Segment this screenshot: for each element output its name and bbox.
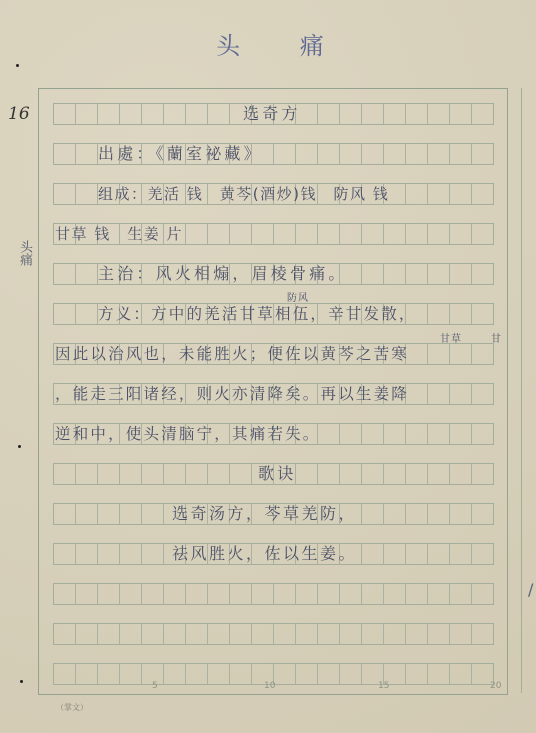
grid-cell [54, 264, 76, 284]
grid-cell [186, 624, 208, 644]
grid-cell [208, 624, 230, 644]
composition-line-2: 甘草 钱 生姜 片 [55, 223, 183, 245]
grid-cell [142, 464, 164, 484]
grid-cell [406, 344, 428, 364]
page-number: 16 [8, 104, 30, 124]
grid-cell [472, 424, 493, 444]
grid-cell [384, 624, 406, 644]
grid-cell [120, 104, 142, 124]
grid-row [53, 623, 494, 645]
grid-cell [274, 664, 296, 684]
verse-line-2: 祛风胜火，佐以生姜。 [172, 543, 357, 565]
verse-line-1: 选奇汤方，芩草羌防， [172, 503, 357, 525]
grid-cell [450, 584, 472, 604]
source-line: 出處：《蘭室祕藏》 [98, 143, 263, 165]
grid-cell [384, 584, 406, 604]
grid-cell [450, 504, 472, 524]
grid-cell [472, 344, 493, 364]
grid-cell [472, 224, 493, 244]
grid-cell [208, 104, 230, 124]
grid-cell [208, 464, 230, 484]
grid-cell [362, 544, 384, 564]
grid-cell [186, 224, 208, 244]
grid-cell [54, 184, 76, 204]
grid-cell [428, 224, 450, 244]
grid-cell [472, 464, 493, 484]
grid-cell [406, 144, 428, 164]
grid-cell [450, 664, 472, 684]
grid-cell [274, 144, 296, 164]
grid-cell [362, 464, 384, 484]
grid-cell [120, 664, 142, 684]
grid-cell [472, 624, 493, 644]
grid-cell [98, 104, 120, 124]
grid-cell [340, 584, 362, 604]
grid-cell [450, 224, 472, 244]
grid-cell [54, 464, 76, 484]
grid-cell [120, 624, 142, 644]
grid-cell [318, 424, 340, 444]
grid-cell [54, 144, 76, 164]
grid-cell [76, 304, 98, 324]
grid-cell [54, 504, 76, 524]
grid-cell [450, 544, 472, 564]
ink-dot [16, 64, 19, 67]
grid-cell [76, 464, 98, 484]
grid-cell [428, 104, 450, 124]
explanation-line-2: 因此以治风也，未能胜火；便佐以黄芩之苦寒 [55, 343, 409, 365]
grid-cell [274, 224, 296, 244]
grid-cell [406, 264, 428, 284]
grid-cell [120, 544, 142, 564]
composition-line-1: 组成：羌活 钱 黄芩(酒炒)钱 防风 钱 [98, 183, 389, 205]
grid-cell [120, 584, 142, 604]
correction-note: 甘草 [440, 330, 462, 345]
grid-cell [406, 224, 428, 244]
grid-cell [362, 584, 384, 604]
grid-cell [428, 544, 450, 564]
grid-cell [252, 224, 274, 244]
grid-cell [230, 664, 252, 684]
ink-dot [20, 680, 23, 683]
grid-cell [406, 384, 428, 404]
right-margin-mark: / [528, 580, 533, 599]
grid-cell [208, 224, 230, 244]
verse-heading: 歌诀 [258, 463, 296, 485]
grid-cell [208, 664, 230, 684]
grid-cell [318, 664, 340, 684]
grid-cell [120, 504, 142, 524]
grid-cell [472, 104, 493, 124]
grid-cell [340, 624, 362, 644]
grid-cell [406, 544, 428, 564]
grid-cell [274, 584, 296, 604]
grid-cell [362, 224, 384, 244]
grid-cell [384, 144, 406, 164]
grid-cell [428, 304, 450, 324]
grid-cell [384, 224, 406, 244]
grid-cell [142, 584, 164, 604]
grid-cell [230, 464, 252, 484]
grid-cell [428, 264, 450, 284]
grid-cell [296, 144, 318, 164]
ink-dot [18, 445, 21, 448]
ruler-mark: 15 [378, 681, 389, 691]
grid-cell [340, 664, 362, 684]
grid-cell [54, 544, 76, 564]
grid-cell [142, 624, 164, 644]
grid-cell [450, 304, 472, 324]
grid-cell [428, 184, 450, 204]
grid-cell [164, 464, 186, 484]
heading: 选奇方 [243, 103, 301, 125]
grid-cell [318, 624, 340, 644]
grid-cell [384, 424, 406, 444]
grid-cell [362, 424, 384, 444]
grid-cell [54, 584, 76, 604]
grid-cell [54, 624, 76, 644]
grid-cell [164, 664, 186, 684]
grid-cell [164, 584, 186, 604]
grid-cell [142, 504, 164, 524]
grid-cell [362, 104, 384, 124]
grid-cell [252, 584, 274, 604]
grid-cell [472, 184, 493, 204]
grid-cell [428, 584, 450, 604]
explanation-line-3: ，能走三阳诸经，则火亦清降矣。再以生姜降 [55, 383, 409, 405]
grid-cell [428, 504, 450, 524]
grid-cell [472, 304, 493, 324]
grid-cell [76, 104, 98, 124]
grid-cell [318, 104, 340, 124]
grid-cell [274, 624, 296, 644]
indication-line: 主治：风火相煽，眉棱骨痛。 [98, 263, 348, 285]
grid-cell [120, 464, 142, 484]
grid-cell [230, 624, 252, 644]
grid-cell [362, 504, 384, 524]
grid-cell [406, 584, 428, 604]
grid-cell [186, 664, 208, 684]
grid-cell [406, 424, 428, 444]
grid-cell [450, 384, 472, 404]
grid-cell [384, 544, 406, 564]
grid-cell [362, 144, 384, 164]
grid-cell [318, 144, 340, 164]
grid-cell [208, 584, 230, 604]
grid-cell [54, 664, 76, 684]
grid-cell [472, 504, 493, 524]
grid-cell [164, 104, 186, 124]
grid-cell [76, 624, 98, 644]
grid-cell [296, 224, 318, 244]
correction-note: 防风 [287, 289, 309, 304]
grid-cell [472, 544, 493, 564]
ruler-mark: 20 [490, 681, 501, 691]
grid-cell [340, 104, 362, 124]
grid-cell [230, 584, 252, 604]
grid-cell [450, 184, 472, 204]
grid-cell [252, 624, 274, 644]
grid-cell [406, 624, 428, 644]
grid-cell [340, 424, 362, 444]
grid-cell [186, 104, 208, 124]
grid-cell [164, 624, 186, 644]
grid-cell [340, 464, 362, 484]
explanation-line-4: 逆和中，使头清脑宁，其痛若失。 [55, 423, 321, 445]
grid-cell [428, 464, 450, 484]
grid-cell [296, 664, 318, 684]
grid-cell [472, 584, 493, 604]
ruler-mark: 10 [264, 681, 275, 691]
grid-cell [98, 664, 120, 684]
grid-cell [142, 104, 164, 124]
grid-cell [296, 624, 318, 644]
grid-cell [406, 464, 428, 484]
grid-cell [450, 104, 472, 124]
grid-cell [428, 664, 450, 684]
grid-cell [406, 184, 428, 204]
grid-cell [230, 224, 252, 244]
grid-cell [362, 264, 384, 284]
grid-cell [384, 264, 406, 284]
grid-cell [472, 264, 493, 284]
grid-cell [186, 464, 208, 484]
grid-cell [384, 504, 406, 524]
grid-cell [406, 104, 428, 124]
grid-cell [450, 144, 472, 164]
grid-cell [472, 144, 493, 164]
grid-cell [362, 624, 384, 644]
right-rule [521, 88, 522, 693]
grid-cell [98, 544, 120, 564]
grid-row [53, 583, 494, 605]
grid-cell [76, 664, 98, 684]
grid-cell [450, 344, 472, 364]
grid-cell [76, 144, 98, 164]
ruler-mark: 5 [152, 681, 158, 691]
grid-cell [428, 624, 450, 644]
grid-cell [76, 544, 98, 564]
grid-cell [384, 464, 406, 484]
grid-cell [98, 464, 120, 484]
grid-cell [186, 584, 208, 604]
grid-cell [318, 464, 340, 484]
grid-cell [54, 304, 76, 324]
grid-cell [296, 464, 318, 484]
grid-cell [142, 544, 164, 564]
grid-cell [428, 424, 450, 444]
grid-cell [76, 264, 98, 284]
grid-cell [318, 224, 340, 244]
correction-note: 甘 [491, 330, 502, 345]
grid-cell [450, 624, 472, 644]
grid-cell [98, 624, 120, 644]
grid-cell [98, 584, 120, 604]
grid-cell [450, 264, 472, 284]
grid-cell [406, 504, 428, 524]
grid-cell [340, 224, 362, 244]
grid-cell [384, 104, 406, 124]
grid-cell [296, 584, 318, 604]
grid-cell [76, 184, 98, 204]
grid-cell [54, 104, 76, 124]
page-title: 头 痛 [0, 26, 536, 61]
grid-cell [450, 464, 472, 484]
grid-cell [428, 144, 450, 164]
grid-cell [428, 344, 450, 364]
grid-cell [340, 144, 362, 164]
footer-label: （掌文） [56, 702, 88, 713]
grid-cell [472, 384, 493, 404]
explanation-line-1: 方义：方中的羌活甘草相伍，辛甘发散， [98, 303, 417, 325]
grid-cell [406, 664, 428, 684]
grid-cell [450, 424, 472, 444]
grid-cell [318, 584, 340, 604]
grid-cell [76, 504, 98, 524]
grid-cell [98, 504, 120, 524]
grid-cell [76, 584, 98, 604]
grid-cell [428, 384, 450, 404]
margin-note: 头痛 [15, 240, 34, 266]
